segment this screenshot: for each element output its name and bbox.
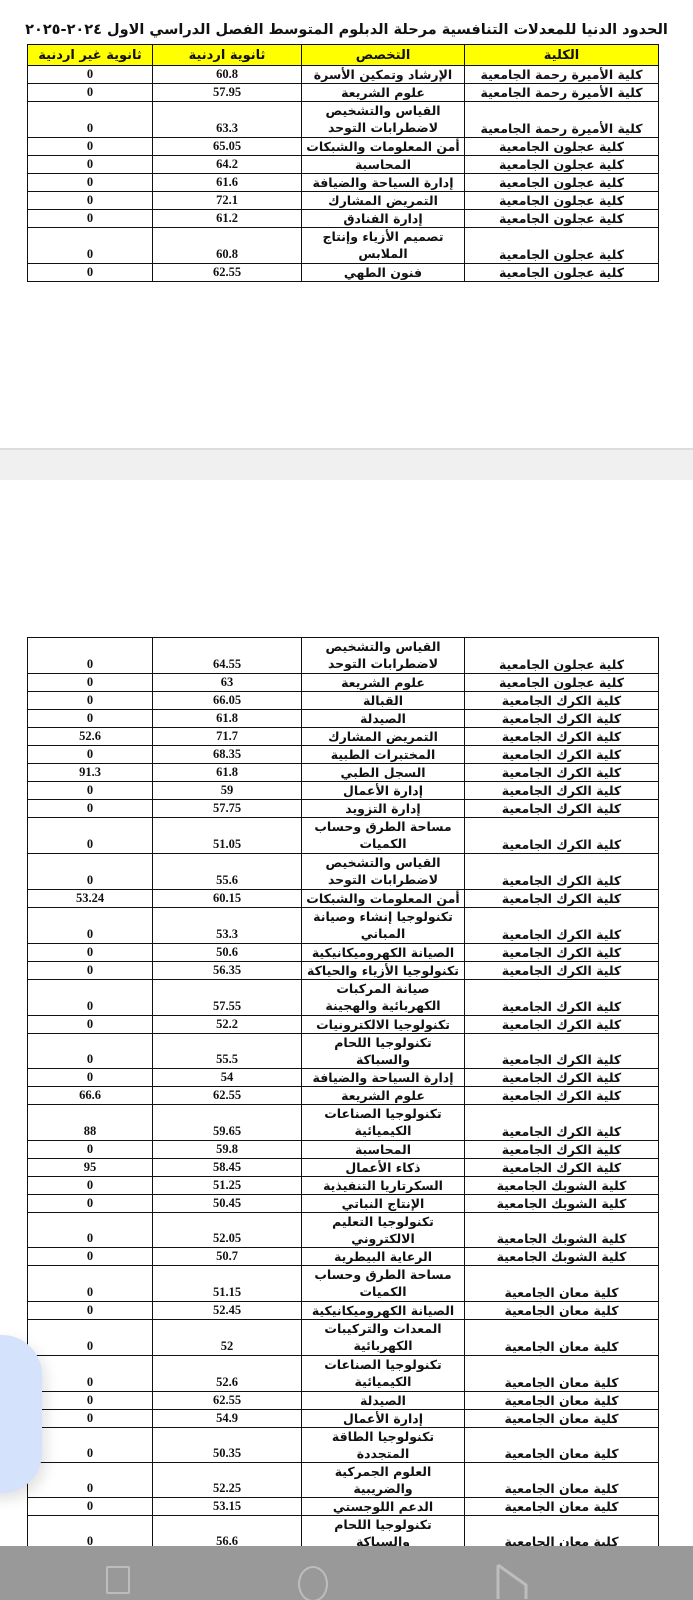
college-cell: كلية معان الجامعية — [465, 1266, 659, 1302]
table-row: كلية الكرك الجامعيةتكنولوجيا الأزياء وال… — [28, 962, 659, 980]
jordanian-average-cell: 50.45 — [153, 1195, 302, 1213]
college-cell: كلية الكرك الجامعية — [465, 980, 659, 1016]
table-row: كلية عجلون الجامعيةتصميم الأزياء وإنتاج … — [28, 228, 659, 264]
non-jordanian-average-cell: 0 — [28, 174, 153, 192]
table-row: كلية الكرك الجامعيةعلوم الشريعة62.5566.6 — [28, 1087, 659, 1105]
table-row: كلية عجلون الجامعيةعلوم الشريعة630 — [28, 674, 659, 692]
table-row: كلية عجلون الجامعيةإدارة السياحة والضياف… — [28, 174, 659, 192]
college-cell: كلية الكرك الجامعية — [465, 1069, 659, 1087]
non-jordanian-average-cell: 0 — [28, 1410, 153, 1428]
major-cell: تكنولوجيا التعليم الالكتروني — [302, 1213, 465, 1248]
table-row: كلية الشوبك الجامعيةالإنتاج النباتي50.45… — [28, 1195, 659, 1213]
college-cell: كلية عجلون الجامعية — [465, 210, 659, 228]
major-cell: المحاسبة — [302, 1141, 465, 1159]
college-cell: كلية الشوبك الجامعية — [465, 1213, 659, 1248]
major-cell: ذكاء الأعمال — [302, 1159, 465, 1177]
jordanian-average-cell: 52 — [153, 1320, 302, 1356]
non-jordanian-average-cell: 0 — [28, 1248, 153, 1266]
table-row: كلية عجلون الجامعيةالتمريض المشارك72.10 — [28, 192, 659, 210]
jordanian-average-cell: 66.05 — [153, 692, 302, 710]
major-cell: تكنولوجيا الصناعات الكيميائية — [302, 1356, 465, 1392]
college-cell: كلية الأميرة رحمة الجامعية — [465, 66, 659, 84]
non-jordanian-average-cell: 0 — [28, 1016, 153, 1034]
non-jordanian-average-cell: 0 — [28, 1141, 153, 1159]
college-cell: كلية الكرك الجامعية — [465, 1087, 659, 1105]
non-jordanian-average-cell: 52.6 — [28, 728, 153, 746]
non-jordanian-average-cell: 0 — [28, 746, 153, 764]
major-cell: التمريض المشارك — [302, 728, 465, 746]
table-row: كلية معان الجامعيةالعلوم الجمركية والضري… — [28, 1463, 659, 1498]
non-jordanian-average-cell: 0 — [28, 228, 153, 264]
college-cell: كلية عجلون الجامعية — [465, 192, 659, 210]
non-jordanian-average-cell: 0 — [28, 1320, 153, 1356]
table-row: كلية عجلون الجامعيةإدارة الفنادق61.20 — [28, 210, 659, 228]
non-jordanian-average-cell: 0 — [28, 782, 153, 800]
college-cell: كلية الكرك الجامعية — [465, 818, 659, 854]
table-row: كلية معان الجامعيةالصيدلة62.550 — [28, 1392, 659, 1410]
non-jordanian-average-cell: 0 — [28, 1195, 153, 1213]
college-cell: كلية عجلون الجامعية — [465, 228, 659, 264]
jordanian-average-cell: 50.7 — [153, 1248, 302, 1266]
table-row: كلية الشوبك الجامعيةالرعاية البيطرية50.7… — [28, 1248, 659, 1266]
table-row: كلية معان الجامعيةالدعم اللوجستي53.150 — [28, 1498, 659, 1516]
document-title: الحدود الدنيا للمعدلات التنافسية مرحلة ا… — [0, 22, 693, 38]
college-cell: كلية الكرك الجامعية — [465, 908, 659, 944]
non-jordanian-average-cell: 0 — [28, 854, 153, 890]
non-jordanian-average-cell: 0 — [28, 1302, 153, 1320]
floating-assistant-bubble[interactable] — [0, 1335, 42, 1493]
jordanian-average-cell: 59 — [153, 782, 302, 800]
college-cell: كلية الكرك الجامعية — [465, 1016, 659, 1034]
non-jordanian-average-cell: 0 — [28, 156, 153, 174]
jordanian-average-cell: 62.55 — [153, 1392, 302, 1410]
jordanian-average-cell: 51.05 — [153, 818, 302, 854]
jordanian-average-cell: 57.95 — [153, 84, 302, 102]
non-jordanian-average-cell: 0 — [28, 692, 153, 710]
major-cell: التمريض المشارك — [302, 192, 465, 210]
college-cell: كلية الكرك الجامعية — [465, 962, 659, 980]
non-jordanian-average-cell: 0 — [28, 1034, 153, 1069]
college-cell: كلية الكرك الجامعية — [465, 854, 659, 890]
college-cell: كلية الأميرة رحمة الجامعية — [465, 102, 659, 138]
non-jordanian-average-cell: 0 — [28, 908, 153, 944]
jordanian-average-cell: 62.55 — [153, 264, 302, 282]
triangle-back-icon — [495, 1562, 529, 1600]
jordanian-average-cell: 61.8 — [153, 764, 302, 782]
recents-button[interactable] — [106, 1566, 130, 1594]
major-cell: المحاسبة — [302, 156, 465, 174]
jordanian-average-cell: 61.6 — [153, 174, 302, 192]
non-jordanian-average-cell: 0 — [28, 638, 153, 674]
home-button[interactable] — [298, 1566, 328, 1600]
college-cell: كلية عجلون الجامعية — [465, 174, 659, 192]
college-cell: كلية معان الجامعية — [465, 1498, 659, 1516]
college-cell: كلية الكرك الجامعية — [465, 728, 659, 746]
header-non-jordanian-secondary: ثانوية غير اردنية — [28, 45, 153, 66]
college-cell: كلية عجلون الجامعية — [465, 638, 659, 674]
non-jordanian-average-cell: 0 — [28, 138, 153, 156]
table-row: كلية معان الجامعيةتكنولوجيا الطاقة المتج… — [28, 1428, 659, 1463]
college-cell: كلية معان الجامعية — [465, 1302, 659, 1320]
college-cell: كلية الكرك الجامعية — [465, 944, 659, 962]
jordanian-average-cell: 60.8 — [153, 228, 302, 264]
major-cell: تكنولوجيا إنشاء وصيانة المباني — [302, 908, 465, 944]
table-row: كلية الكرك الجامعيةتكنولوجيا اللحام والس… — [28, 1034, 659, 1069]
major-cell: الإرشاد وتمكين الأسرة — [302, 66, 465, 84]
non-jordanian-average-cell: 0 — [28, 962, 153, 980]
jordanian-average-cell: 52.45 — [153, 1302, 302, 1320]
major-cell: إدارة السياحة والضيافة — [302, 174, 465, 192]
jordanian-average-cell: 64.2 — [153, 156, 302, 174]
jordanian-average-cell: 60.8 — [153, 66, 302, 84]
college-cell: كلية معان الجامعية — [465, 1392, 659, 1410]
jordanian-average-cell: 52.6 — [153, 1356, 302, 1392]
major-cell: علوم الشريعة — [302, 1087, 465, 1105]
jordanian-average-cell: 61.2 — [153, 210, 302, 228]
non-jordanian-average-cell: 0 — [28, 264, 153, 282]
non-jordanian-average-cell: 88 — [28, 1105, 153, 1141]
jordanian-average-cell: 54.9 — [153, 1410, 302, 1428]
back-button[interactable] — [495, 1562, 529, 1600]
table-row: كلية الكرك الجامعيةالمحاسبة59.80 — [28, 1141, 659, 1159]
major-cell: الرعاية البيطرية — [302, 1248, 465, 1266]
jordanian-average-cell: 55.6 — [153, 854, 302, 890]
college-cell: كلية الشوبك الجامعية — [465, 1195, 659, 1213]
major-cell: الصيانة الكهروميكانيكية — [302, 944, 465, 962]
jordanian-average-cell: 52.25 — [153, 1463, 302, 1498]
table-row: كلية الكرك الجامعيةمساحة الطرق وحساب الك… — [28, 818, 659, 854]
system-navigation-bar — [0, 1546, 693, 1600]
table-row: كلية الكرك الجامعيةإدارة التزويد57.750 — [28, 800, 659, 818]
jordanian-average-cell: 71.7 — [153, 728, 302, 746]
non-jordanian-average-cell: 0 — [28, 1069, 153, 1087]
table-row: كلية الكرك الجامعيةتكنولوجيا الصناعات ال… — [28, 1105, 659, 1141]
non-jordanian-average-cell: 0 — [28, 210, 153, 228]
college-cell: كلية عجلون الجامعية — [465, 674, 659, 692]
non-jordanian-average-cell: 0 — [28, 674, 153, 692]
major-cell: الدعم اللوجستي — [302, 1498, 465, 1516]
jordanian-average-cell: 52.2 — [153, 1016, 302, 1034]
college-cell: كلية الكرك الجامعية — [465, 692, 659, 710]
table-row: كلية معان الجامعيةإدارة الأعمال54.90 — [28, 1410, 659, 1428]
jordanian-average-cell: 61.8 — [153, 710, 302, 728]
table-row: كلية الكرك الجامعيةأمن المعلومات والشبكا… — [28, 890, 659, 908]
jordanian-average-cell: 65.05 — [153, 138, 302, 156]
major-cell: المختبرات الطبية — [302, 746, 465, 764]
jordanian-average-cell: 59.65 — [153, 1105, 302, 1141]
non-jordanian-average-cell: 53.24 — [28, 890, 153, 908]
major-cell: المعدات والتركيبات الكهربائية — [302, 1320, 465, 1356]
non-jordanian-average-cell: 0 — [28, 84, 153, 102]
major-cell: الصيدلة — [302, 1392, 465, 1410]
table-row: كلية الأميرة رحمة الجامعيةالإرشاد وتمكين… — [28, 66, 659, 84]
non-jordanian-average-cell: 0 — [28, 1356, 153, 1392]
non-jordanian-average-cell: 0 — [28, 1213, 153, 1248]
table-row: كلية الكرك الجامعيةالمختبرات الطبية68.35… — [28, 746, 659, 764]
major-cell: القياس والتشخيص لاضطرابات التوحد — [302, 102, 465, 138]
jordanian-average-cell: 52.05 — [153, 1213, 302, 1248]
college-cell: كلية الكرك الجامعية — [465, 800, 659, 818]
jordanian-average-cell: 51.15 — [153, 1266, 302, 1302]
major-cell: علوم الشريعة — [302, 84, 465, 102]
major-cell: إدارة الفنادق — [302, 210, 465, 228]
non-jordanian-average-cell: 66.6 — [28, 1087, 153, 1105]
jordanian-average-cell: 56.35 — [153, 962, 302, 980]
college-cell: كلية الكرك الجامعية — [465, 746, 659, 764]
table-row: كلية الكرك الجامعيةالتمريض المشارك71.752… — [28, 728, 659, 746]
jordanian-average-cell: 54 — [153, 1069, 302, 1087]
college-cell: كلية عجلون الجامعية — [465, 264, 659, 282]
major-cell: الصيدلة — [302, 710, 465, 728]
header-college: الكلية — [465, 45, 659, 66]
jordanian-average-cell: 68.35 — [153, 746, 302, 764]
non-jordanian-average-cell: 0 — [28, 192, 153, 210]
major-cell: إدارة التزويد — [302, 800, 465, 818]
college-cell: كلية الأميرة رحمة الجامعية — [465, 84, 659, 102]
college-cell: كلية معان الجامعية — [465, 1463, 659, 1498]
major-cell: تكنولوجيا الطاقة المتجددة — [302, 1428, 465, 1463]
table-row: كلية معان الجامعيةتكنولوجيا الصناعات الك… — [28, 1356, 659, 1392]
major-cell: مساحة الطرق وحساب الكميات — [302, 1266, 465, 1302]
jordanian-average-cell: 59.8 — [153, 1141, 302, 1159]
table-row: كلية الكرك الجامعيةالقياس والتشخيص لاضطر… — [28, 854, 659, 890]
jordanian-average-cell: 62.55 — [153, 1087, 302, 1105]
non-jordanian-average-cell: 0 — [28, 102, 153, 138]
jordanian-average-cell: 63 — [153, 674, 302, 692]
table-row: كلية الشوبك الجامعيةتكنولوجيا التعليم ال… — [28, 1213, 659, 1248]
college-cell: كلية معان الجامعية — [465, 1410, 659, 1428]
table-row: كلية الكرك الجامعيةالصيانة الكهروميكانيك… — [28, 944, 659, 962]
table-row: كلية الأميرة رحمة الجامعيةعلوم الشريعة57… — [28, 84, 659, 102]
major-cell: أمن المعلومات والشبكات — [302, 138, 465, 156]
header-major: التخصص — [302, 45, 465, 66]
table-row: كلية معان الجامعيةمساحة الطرق وحساب الكم… — [28, 1266, 659, 1302]
non-jordanian-average-cell: 0 — [28, 710, 153, 728]
jordanian-average-cell: 58.45 — [153, 1159, 302, 1177]
major-cell: تكنولوجيا الالكترونيات — [302, 1016, 465, 1034]
jordanian-average-cell: 64.55 — [153, 638, 302, 674]
major-cell: تكنولوجيا الأزياء والحياكة — [302, 962, 465, 980]
table-body: كلية عجلون الجامعيةالقياس والتشخيص لاضطر… — [28, 638, 659, 1551]
non-jordanian-average-cell: 0 — [28, 1428, 153, 1463]
major-cell: العلوم الجمركية والضريبية — [302, 1463, 465, 1498]
major-cell: تكنولوجيا اللحام والسباكة — [302, 1034, 465, 1069]
college-cell: كلية الكرك الجامعية — [465, 1105, 659, 1141]
table-row: كلية عجلون الجامعيةالقياس والتشخيص لاضطر… — [28, 638, 659, 674]
major-cell: علوم الشريعة — [302, 674, 465, 692]
table-row: كلية الكرك الجامعيةتكنولوجيا إنشاء وصيان… — [28, 908, 659, 944]
page-separator — [0, 448, 693, 480]
non-jordanian-average-cell: 0 — [28, 1177, 153, 1195]
college-cell: كلية الكرك الجامعية — [465, 890, 659, 908]
header-jordanian-secondary: ثانوية اردنية — [153, 45, 302, 66]
table-row: كلية الكرك الجامعيةتكنولوجيا الالكترونيا… — [28, 1016, 659, 1034]
non-jordanian-average-cell: 0 — [28, 1498, 153, 1516]
non-jordanian-average-cell: 0 — [28, 1266, 153, 1302]
jordanian-average-cell: 60.15 — [153, 890, 302, 908]
table-row: كلية الكرك الجامعيةالقبالة66.050 — [28, 692, 659, 710]
table-row: كلية الأميرة رحمة الجامعيةالقياس والتشخي… — [28, 102, 659, 138]
major-cell: أمن المعلومات والشبكات — [302, 890, 465, 908]
major-cell: فنون الطهي — [302, 264, 465, 282]
jordanian-average-cell: 63.3 — [153, 102, 302, 138]
major-cell: تكنولوجيا الصناعات الكيميائية — [302, 1105, 465, 1141]
college-cell: كلية الكرك الجامعية — [465, 764, 659, 782]
non-jordanian-average-cell: 0 — [28, 944, 153, 962]
college-cell: كلية معان الجامعية — [465, 1320, 659, 1356]
major-cell: إدارة السياحة والضيافة — [302, 1069, 465, 1087]
table-row: كلية عجلون الجامعيةالمحاسبة64.20 — [28, 156, 659, 174]
jordanian-average-cell: 53.15 — [153, 1498, 302, 1516]
jordanian-average-cell: 50.6 — [153, 944, 302, 962]
table-row: كلية الكرك الجامعيةصيانة المركبات الكهرب… — [28, 980, 659, 1016]
document-page-2: كلية عجلون الجامعيةالقياس والتشخيص لاضطر… — [0, 480, 693, 1546]
table-row: كلية الكرك الجامعيةالسجل الطبي61.891.3 — [28, 764, 659, 782]
table-row: كلية الكرك الجامعيةالصيدلة61.80 — [28, 710, 659, 728]
college-cell: كلية الكرك الجامعية — [465, 1034, 659, 1069]
document-page-1: الحدود الدنيا للمعدلات التنافسية مرحلة ا… — [0, 0, 693, 448]
major-cell: الإنتاج النباتي — [302, 1195, 465, 1213]
table-row: كلية معان الجامعيةالصيانة الكهروميكانيكي… — [28, 1302, 659, 1320]
college-cell: كلية معان الجامعية — [465, 1356, 659, 1392]
major-cell: إدارة الأعمال — [302, 782, 465, 800]
admission-table-page-1: الكلية التخصص ثانوية اردنية ثانوية غير ا… — [27, 44, 659, 282]
admission-table-page-2: كلية عجلون الجامعيةالقياس والتشخيص لاضطر… — [27, 637, 659, 1551]
jordanian-average-cell: 51.25 — [153, 1177, 302, 1195]
non-jordanian-average-cell: 0 — [28, 66, 153, 84]
college-cell: كلية الكرك الجامعية — [465, 1159, 659, 1177]
major-cell: تصميم الأزياء وإنتاج الملابس — [302, 228, 465, 264]
table-row: كلية الشوبك الجامعيةالسكرتاريا التنفيذية… — [28, 1177, 659, 1195]
major-cell: إدارة الأعمال — [302, 1410, 465, 1428]
major-cell: القياس والتشخيص لاضطرابات التوحد — [302, 638, 465, 674]
non-jordanian-average-cell: 0 — [28, 980, 153, 1016]
table-body: كلية الأميرة رحمة الجامعيةالإرشاد وتمكين… — [28, 66, 659, 282]
jordanian-average-cell: 55.5 — [153, 1034, 302, 1069]
non-jordanian-average-cell: 91.3 — [28, 764, 153, 782]
college-cell: كلية الكرك الجامعية — [465, 1141, 659, 1159]
jordanian-average-cell: 57.55 — [153, 980, 302, 1016]
table-row: كلية عجلون الجامعيةأمن المعلومات والشبكا… — [28, 138, 659, 156]
major-cell: القياس والتشخيص لاضطرابات التوحد — [302, 854, 465, 890]
table-row: كلية الكرك الجامعيةإدارة السياحة والضياف… — [28, 1069, 659, 1087]
non-jordanian-average-cell: 95 — [28, 1159, 153, 1177]
jordanian-average-cell: 50.35 — [153, 1428, 302, 1463]
table-row: كلية الكرك الجامعيةإدارة الأعمال590 — [28, 782, 659, 800]
major-cell: الصيانة الكهروميكانيكية — [302, 1302, 465, 1320]
college-cell: كلية الكرك الجامعية — [465, 782, 659, 800]
college-cell: كلية عجلون الجامعية — [465, 156, 659, 174]
jordanian-average-cell: 57.75 — [153, 800, 302, 818]
table-row: كلية معان الجامعيةالمعدات والتركيبات الك… — [28, 1320, 659, 1356]
college-cell: كلية الشوبك الجامعية — [465, 1248, 659, 1266]
major-cell: مساحة الطرق وحساب الكميات — [302, 818, 465, 854]
major-cell: صيانة المركبات الكهربائية والهجينة — [302, 980, 465, 1016]
college-cell: كلية الكرك الجامعية — [465, 710, 659, 728]
table-row: كلية الكرك الجامعيةذكاء الأعمال58.4595 — [28, 1159, 659, 1177]
jordanian-average-cell: 53.3 — [153, 908, 302, 944]
major-cell: القبالة — [302, 692, 465, 710]
non-jordanian-average-cell: 0 — [28, 1392, 153, 1410]
jordanian-average-cell: 72.1 — [153, 192, 302, 210]
non-jordanian-average-cell: 0 — [28, 800, 153, 818]
major-cell: السكرتاريا التنفيذية — [302, 1177, 465, 1195]
major-cell: السجل الطبي — [302, 764, 465, 782]
college-cell: كلية معان الجامعية — [465, 1428, 659, 1463]
table-header-row: الكلية التخصص ثانوية اردنية ثانوية غير ا… — [28, 45, 659, 66]
non-jordanian-average-cell: 0 — [28, 1463, 153, 1498]
non-jordanian-average-cell: 0 — [28, 818, 153, 854]
college-cell: كلية عجلون الجامعية — [465, 138, 659, 156]
college-cell: كلية الشوبك الجامعية — [465, 1177, 659, 1195]
table-row: كلية عجلون الجامعيةفنون الطهي62.550 — [28, 264, 659, 282]
